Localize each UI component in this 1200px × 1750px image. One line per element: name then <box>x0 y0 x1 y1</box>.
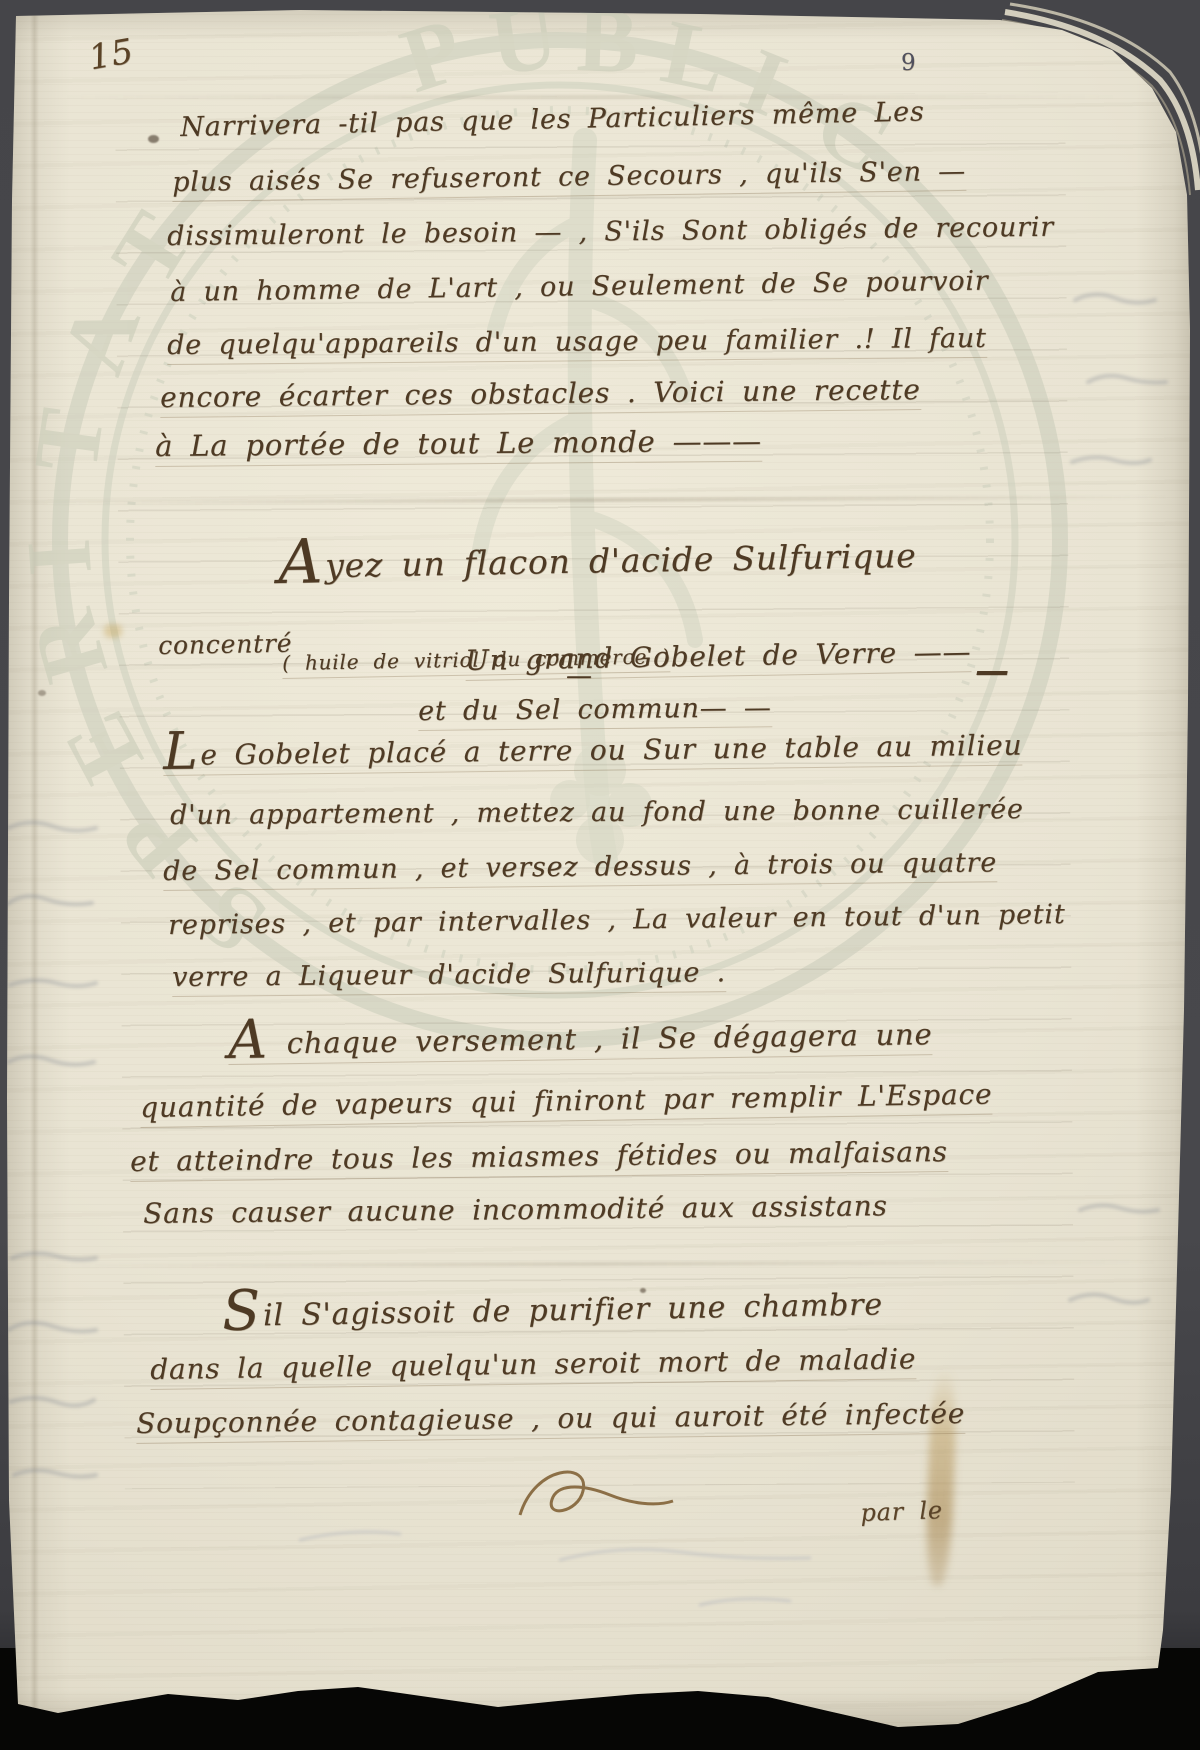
ink-speck <box>148 135 159 143</box>
ink-speck <box>38 690 46 696</box>
large-initial: A <box>228 1008 268 1072</box>
scanned-manuscript-photo: { "colors": { "ink": "#4e3a24", "paper":… <box>0 0 1200 1750</box>
large-initial: L <box>163 722 199 782</box>
dash-mark-bold: — <box>975 652 1010 691</box>
handwritten-line: à La portée de tout Le monde ——— <box>155 425 762 468</box>
handwritten-line: et du Sel commun— — <box>418 692 772 731</box>
large-initial: S <box>222 1279 262 1345</box>
stain-spot <box>104 624 122 638</box>
handwritten-line: verre a Liqueur d'acide Sulfurique . <box>172 957 726 997</box>
crease-line <box>60 95 1120 99</box>
handwritten-line: de quelqu'appareils d'un usage peu famil… <box>167 323 987 365</box>
manuscript-page: S P E R I T A T P U B L I C <box>0 0 1200 1750</box>
handwritten-word-concentre: concentré <box>158 630 293 661</box>
page-number-right: 9 <box>901 50 916 76</box>
handwritten-line: d'un appartement , mettez au fond une bo… <box>170 794 1024 831</box>
folio-number-left: 15 <box>86 32 137 78</box>
large-initial: A <box>278 526 324 598</box>
pen-flourish <box>505 1455 685 1545</box>
catchword: par le <box>860 1497 943 1527</box>
